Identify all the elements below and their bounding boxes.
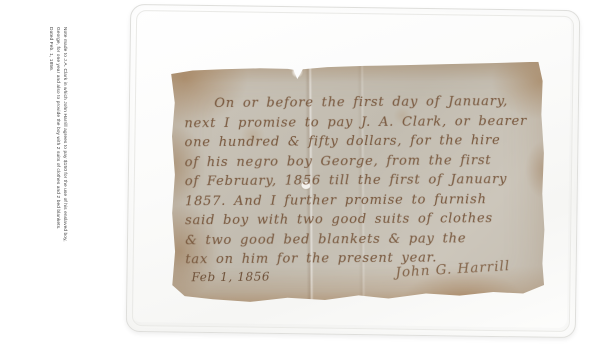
page-background: Note made to J.A. Clark in which John Ha… bbox=[0, 0, 600, 364]
plastic-sleeve: On or before the first day of January, n… bbox=[126, 4, 581, 338]
note-line: next I promise to pay J. A. Clark, or be… bbox=[184, 111, 538, 133]
note-line: said boy with two good suits of clothes bbox=[185, 209, 539, 231]
handwritten-note: On or before the first day of January, n… bbox=[170, 62, 546, 305]
note-line: On or before the first day of January, bbox=[184, 92, 538, 114]
caption-line-1: Note made to J.A. Clark in which John Ha… bbox=[61, 27, 68, 242]
note-text: On or before the first day of January, n… bbox=[184, 92, 539, 270]
archival-caption: Note made to J.A. Clark in which John Ha… bbox=[47, 27, 68, 242]
note-line: one hundred & fifty dollars, for the hir… bbox=[184, 131, 538, 153]
note-line: & two good bed blankets & pay the bbox=[185, 228, 539, 250]
note-line: of February, 1856 till the first of Janu… bbox=[185, 170, 539, 192]
caption-line-2: George, for one year and also to provide… bbox=[54, 27, 61, 242]
document-date: Feb 1, 1856 bbox=[191, 270, 270, 285]
note-line: of his negro boy George, from the first bbox=[185, 150, 539, 172]
caption-line-3: Dated Feb. 1, 1856. bbox=[47, 27, 54, 242]
note-line: 1857. And I further promise to furnish bbox=[185, 189, 539, 211]
